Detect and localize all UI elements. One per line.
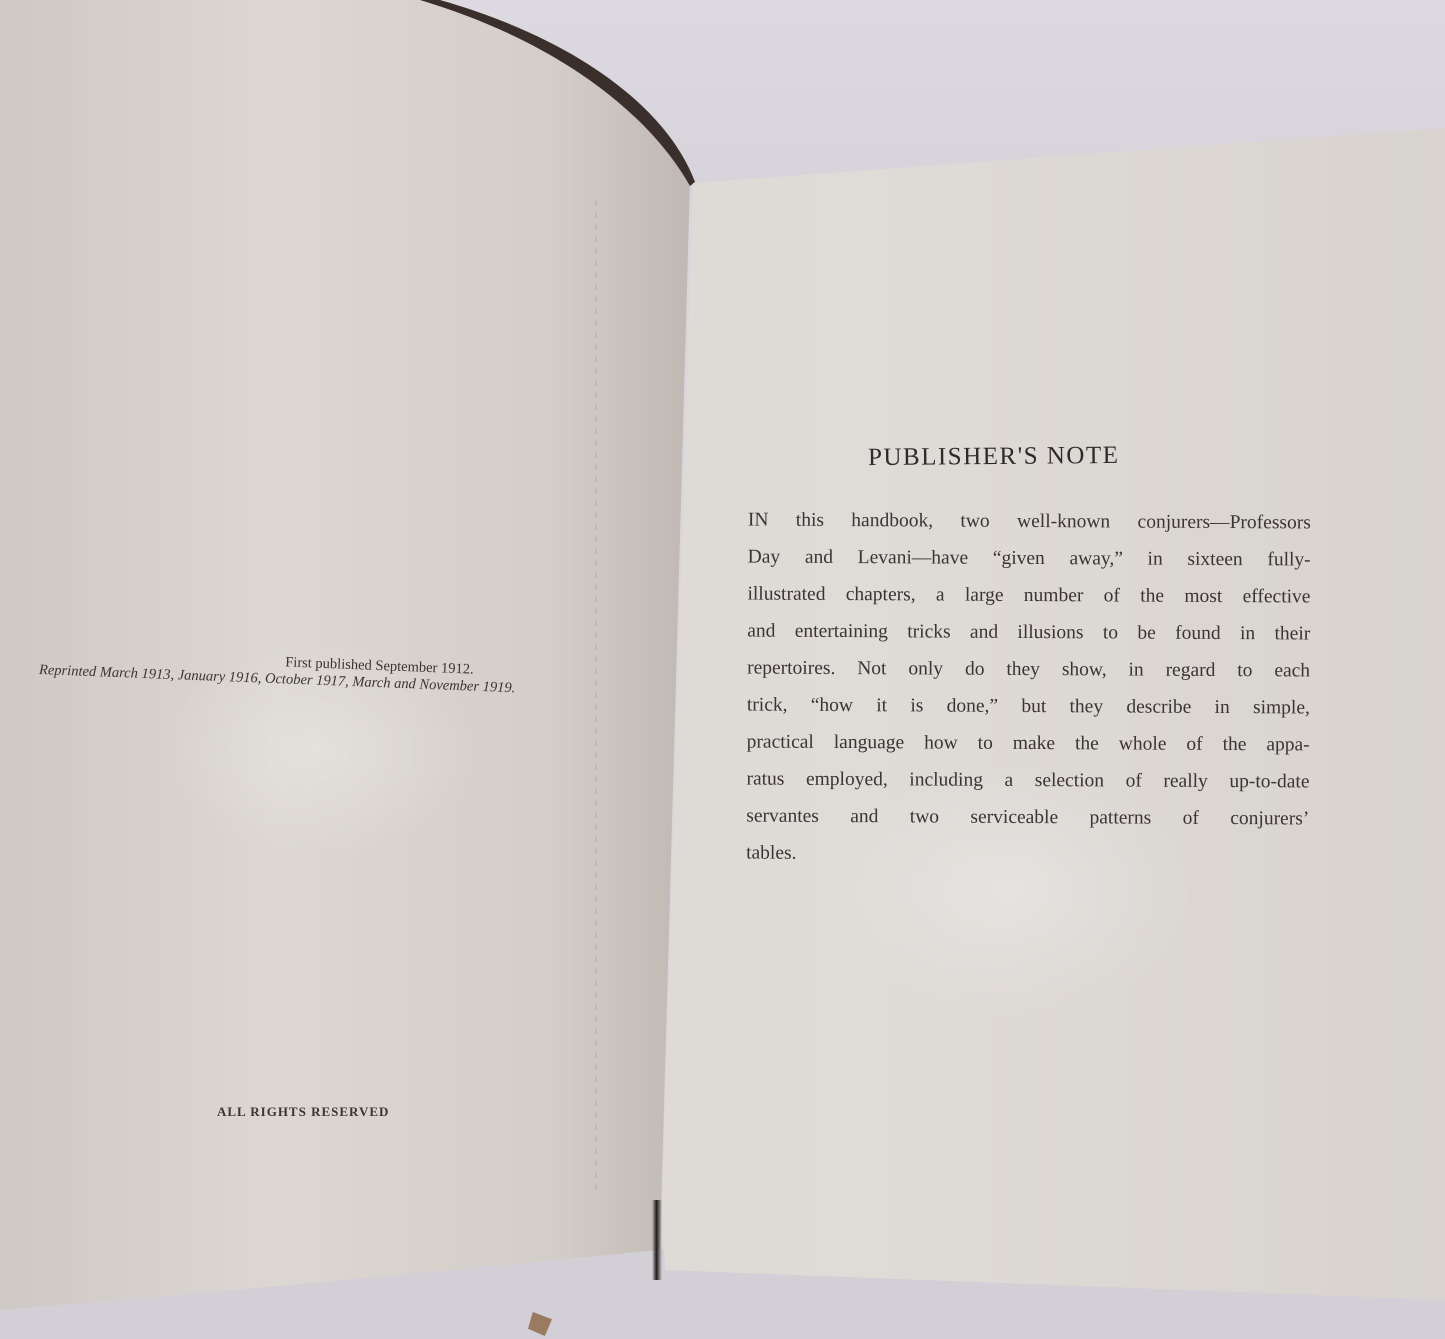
body-line: illustrated chapters, a large number of … bbox=[747, 576, 1310, 616]
body-line: practical language how to make the whole… bbox=[747, 724, 1310, 764]
rights-notice: ALL RIGHTS RESERVED bbox=[217, 1104, 389, 1120]
body-line: IN this handbook, two well-known conjure… bbox=[748, 502, 1311, 542]
publisher-note-body: IN this handbook, two well-known conjure… bbox=[746, 502, 1311, 875]
body-line: tables. bbox=[746, 835, 1309, 875]
body-line: Day and Levani—have “given away,” in six… bbox=[748, 539, 1311, 579]
body-line: trick, “how it is done,” but they descri… bbox=[747, 687, 1310, 727]
page-title: PUBLISHER'S NOTE bbox=[868, 442, 1120, 472]
body-line: servantes and two serviceable patterns o… bbox=[746, 798, 1309, 838]
body-line: repertoires. Not only do they show, in r… bbox=[747, 650, 1310, 690]
body-line: and entertaining tricks and illusions to… bbox=[747, 613, 1310, 653]
book-gutter bbox=[652, 1200, 662, 1280]
body-line: ratus employed, including a selection of… bbox=[746, 761, 1309, 801]
